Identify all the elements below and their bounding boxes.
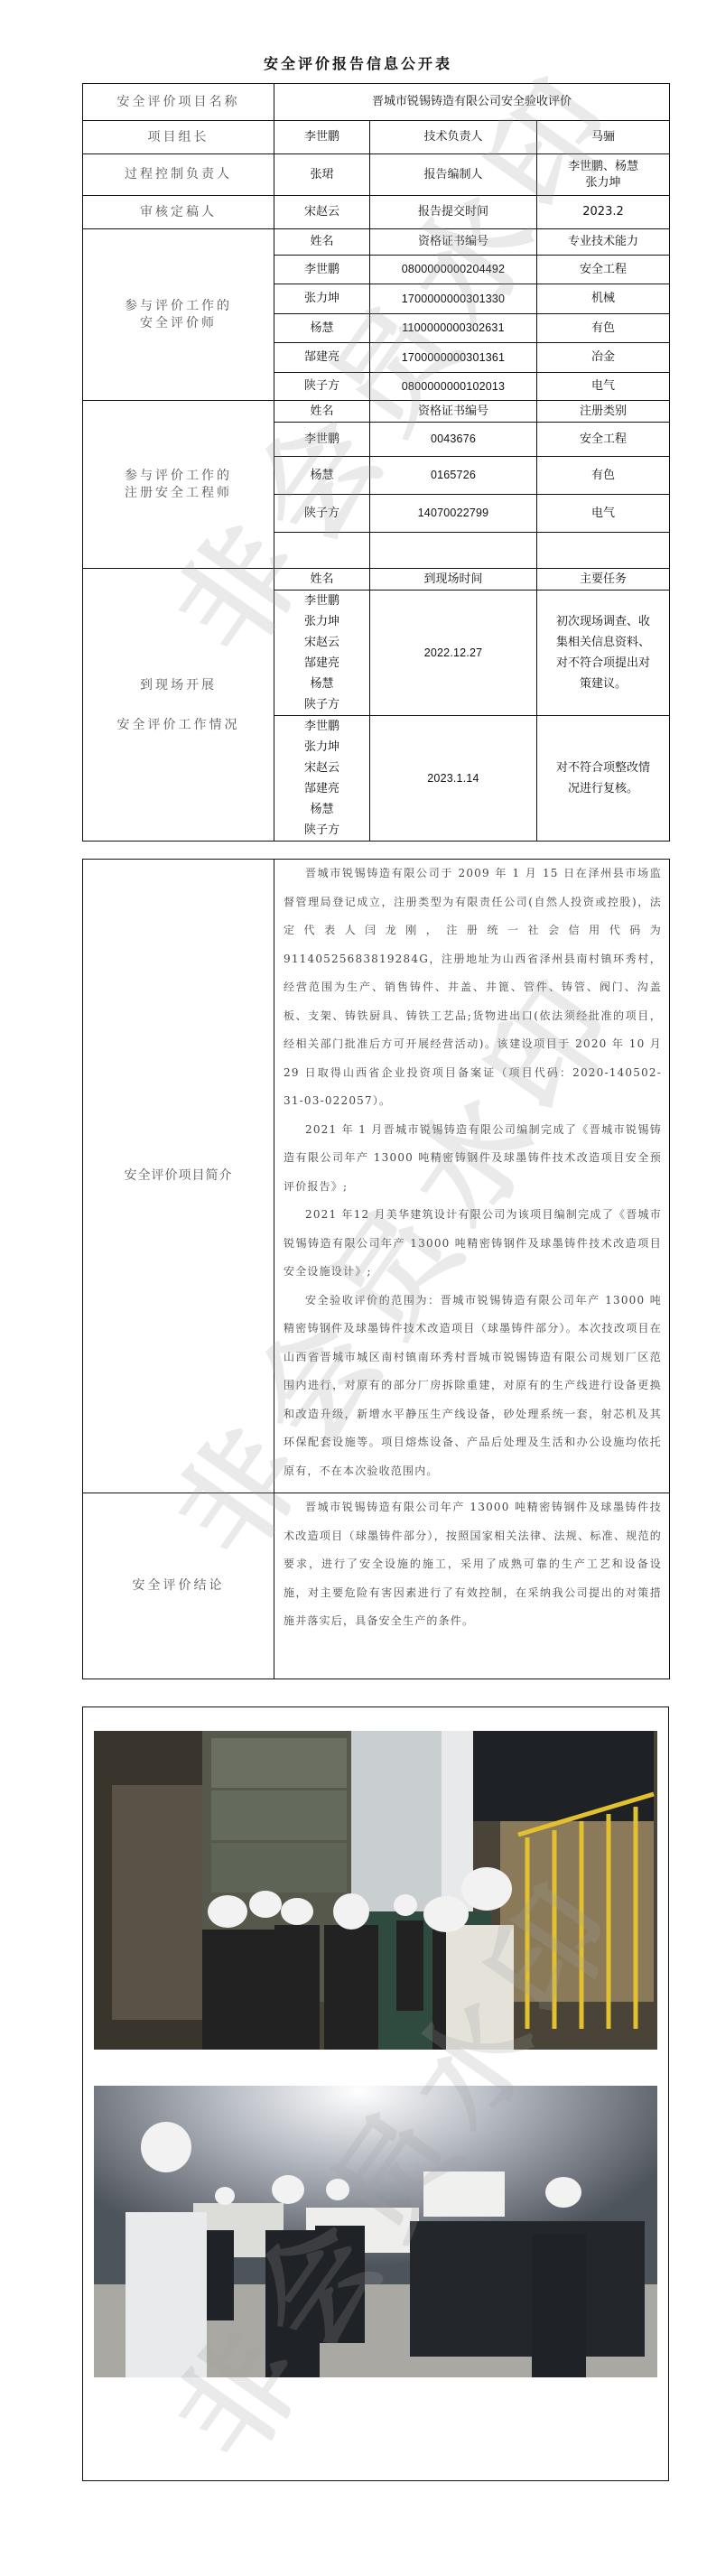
visitor-name: 张力坤 — [274, 737, 369, 758]
label-line: 参与评价工作的 — [83, 468, 274, 485]
engineer-cert — [370, 533, 537, 569]
col-header: 主要任务 — [537, 569, 670, 591]
evaluator-cert: 0800000000102013 — [370, 373, 537, 401]
evaluator-name: 张力坤 — [274, 284, 370, 314]
label-line: 到现场开展 — [83, 665, 274, 705]
site-visits-label: 到现场开展 安全评价工作情况 — [83, 569, 274, 842]
engineer-category — [537, 533, 670, 569]
evaluator-cert: 1700000000301361 — [370, 343, 537, 373]
conclusion-paragraph: 晋城市锐锡铸造有限公司年产 13000 吨精密铸钢件及球墨铸件技术改造项目（球墨… — [284, 1493, 662, 1636]
page-title: 安全评价报告信息公开表 — [0, 52, 716, 73]
evaluator-cert: 1100000000302631 — [370, 314, 537, 343]
col-header: 姓名 — [274, 569, 370, 591]
visitor-name: 宋赵云 — [274, 758, 369, 778]
evaluator-cert: 0800000000204492 — [370, 256, 537, 284]
report-author-line: 张力坤 — [537, 175, 669, 191]
report-authors: 李世鹏、杨慧 张力坤 — [537, 154, 670, 196]
task-line: 集相关信息资料、 — [537, 632, 669, 653]
engineer-category: 电气 — [537, 495, 670, 533]
evaluator-ability: 机械 — [537, 284, 670, 314]
tech-lead-value: 马骊 — [537, 121, 670, 154]
reviewer-value: 宋赵云 — [274, 196, 370, 229]
intro-paragraph: 安全验收评价的范围为：晋城市锐锡铸造有限公司年产 13000 吨精密铸钢件及球墨… — [284, 1287, 662, 1486]
col-header: 专业技术能力 — [537, 229, 670, 256]
label-line: 安全评价工作情况 — [83, 705, 274, 745]
process-control-value: 张珺 — [274, 154, 370, 196]
visit-date: 2023.1.14 — [370, 716, 537, 842]
engineer-name: 杨慧 — [274, 457, 370, 495]
report-author-line: 李世鹏、杨慧 — [537, 159, 669, 175]
engineer-name: 陕子方 — [274, 495, 370, 533]
engineer-cert: 14070022799 — [370, 495, 537, 533]
engineer-cert: 0165726 — [370, 457, 537, 495]
evaluator-name: 陕子方 — [274, 373, 370, 401]
col-header: 到现场时间 — [370, 569, 537, 591]
label-line: 参与评价工作的 — [83, 298, 274, 315]
visitor-name: 郜建亮 — [274, 778, 369, 799]
evaluator-ability: 电气 — [537, 373, 670, 401]
engineer-name: 李世鹏 — [274, 423, 370, 457]
label-line: 安全评价师 — [83, 315, 274, 332]
engineer-category: 安全工程 — [537, 423, 670, 457]
visitor-name: 杨慧 — [274, 799, 369, 820]
photo-box — [82, 1706, 669, 2481]
col-header: 资格证书编号 — [370, 401, 537, 423]
task-line: 策建议。 — [537, 674, 669, 694]
evaluator-name: 李世鹏 — [274, 256, 370, 284]
engineer-category: 有色 — [537, 457, 670, 495]
engineers-label: 参与评价工作的 注册安全工程师 — [83, 401, 274, 569]
intro-paragraph: 2021 年 1 月晋城市锐锡铸造有限公司编制完成了《晋城市锐锡铸造有限公司年产… — [284, 1116, 662, 1202]
visit-names: 李世鹏 张力坤 宋赵云 郜建亮 杨慧 陕子方 — [274, 591, 370, 716]
label-line: 注册安全工程师 — [83, 485, 274, 502]
intro-label: 安全评价项目简介 — [83, 860, 274, 1493]
task-line: 对不符合项整改情 — [537, 758, 669, 778]
visit-names: 李世鹏 张力坤 宋赵云 郜建亮 杨慧 陕子方 — [274, 716, 370, 842]
intro-paragraph: 晋城市锐锡铸造有限公司于 2009 年 1 月 15 日在泽州县市场监督管理局登… — [284, 860, 662, 1116]
visitor-name: 李世鹏 — [274, 591, 369, 611]
evaluators-label: 参与评价工作的 安全评价师 — [83, 229, 274, 401]
conclusion-label: 安全评价结论 — [83, 1493, 274, 1679]
info-table: 安全评价项目名称 晋城市锐锡铸造有限公司安全验收评价 项目组长 李世鹏 技术负责… — [82, 83, 670, 842]
project-name-label: 安全评价项目名称 — [83, 84, 274, 121]
conclusion-text: 晋城市锐锡铸造有限公司年产 13000 吨精密铸钢件及球墨铸件技术改造项目（球墨… — [274, 1493, 670, 1679]
leader-value: 李世鹏 — [274, 121, 370, 154]
col-header: 姓名 — [274, 401, 370, 423]
submit-time-value: 2023.2 — [537, 196, 670, 229]
tech-lead-label: 技术负责人 — [370, 121, 537, 154]
evaluator-cert: 1700000000301330 — [370, 284, 537, 314]
col-header: 姓名 — [274, 229, 370, 256]
task-line: 况进行复核。 — [537, 778, 669, 799]
task-line: 初次现场调查、收 — [537, 611, 669, 632]
summary-table: 安全评价项目简介 晋城市锐锡铸造有限公司于 2009 年 1 月 15 日在泽州… — [82, 859, 670, 1679]
visitor-name: 陕子方 — [274, 694, 369, 715]
evaluator-name: 郜建亮 — [274, 343, 370, 373]
visit-date: 2022.12.27 — [370, 591, 537, 716]
visitor-name: 李世鹏 — [274, 716, 369, 737]
engineer-cert: 0043676 — [370, 423, 537, 457]
engineer-name — [274, 533, 370, 569]
col-header: 注册类别 — [537, 401, 670, 423]
evaluator-ability: 有色 — [537, 314, 670, 343]
report-author-label: 报告编制人 — [370, 154, 537, 196]
visitor-name: 郜建亮 — [274, 653, 369, 674]
visitor-name: 杨慧 — [274, 674, 369, 694]
visitor-name: 陕子方 — [274, 820, 369, 841]
intro-paragraph: 2021 年12 月美华建筑设计有限公司为该项目编制完成了《晋城市锐锡铸造有限公… — [284, 1201, 662, 1287]
visitor-name: 张力坤 — [274, 611, 369, 632]
leader-label: 项目组长 — [83, 121, 274, 154]
indoor-foundry-inspection-photo — [94, 1731, 657, 2050]
visit-task: 对不符合项整改情 况进行复核。 — [537, 716, 670, 842]
process-control-label: 过程控制负责人 — [83, 154, 274, 196]
outdoor-yard-inspection-photo — [94, 2086, 657, 2377]
col-header: 资格证书编号 — [370, 229, 537, 256]
project-name: 晋城市锐锡铸造有限公司安全验收评价 — [274, 84, 670, 121]
evaluator-ability: 冶金 — [537, 343, 670, 373]
submit-time-label: 报告提交时间 — [370, 196, 537, 229]
reviewer-label: 审核定稿人 — [83, 196, 274, 229]
visitor-name: 宋赵云 — [274, 632, 369, 653]
intro-text: 晋城市锐锡铸造有限公司于 2009 年 1 月 15 日在泽州县市场监督管理局登… — [274, 860, 670, 1493]
visit-task: 初次现场调查、收 集相关信息资料、 对不符合项提出对 策建议。 — [537, 591, 670, 716]
evaluator-name: 杨慧 — [274, 314, 370, 343]
task-line: 对不符合项提出对 — [537, 653, 669, 674]
evaluator-ability: 安全工程 — [537, 256, 670, 284]
